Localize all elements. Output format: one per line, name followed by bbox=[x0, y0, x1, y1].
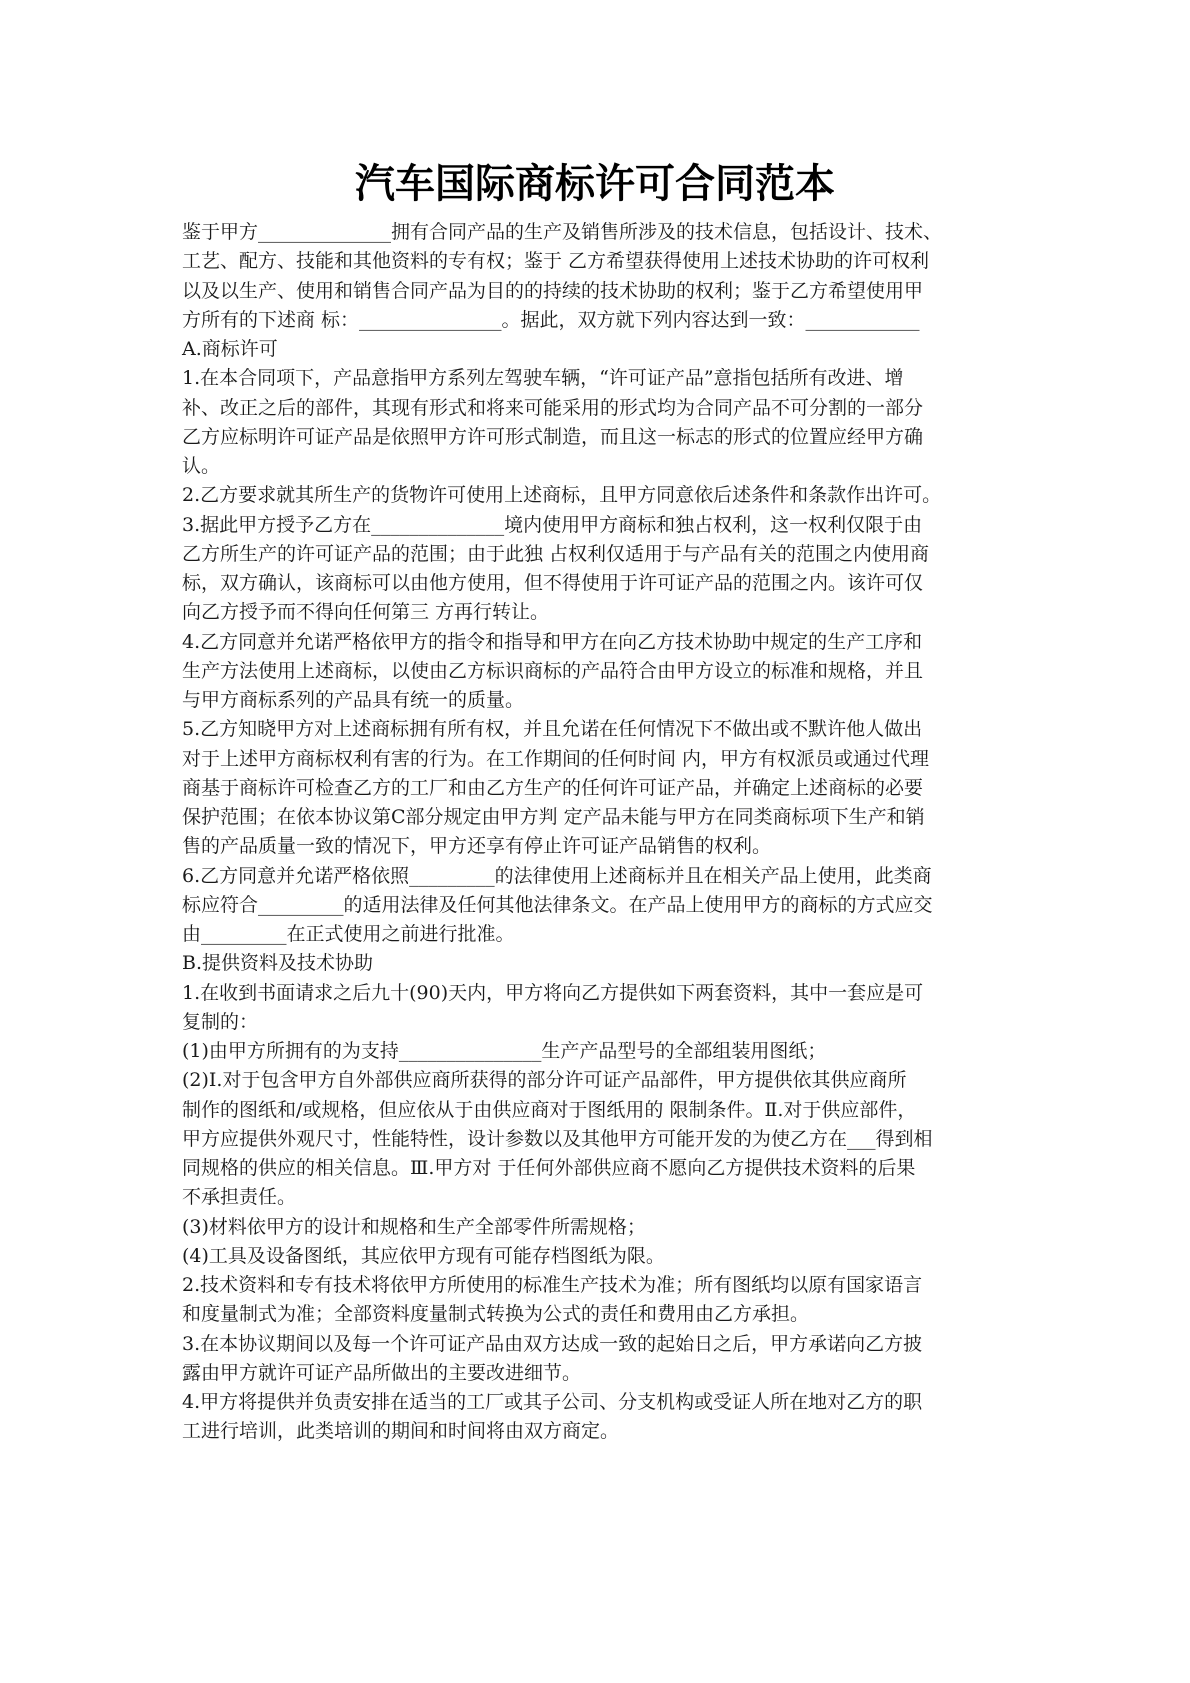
clause-a5-line-4: 保护范围；在依本协议第C部分规定由甲方判 定产品未能与甲方在同类商标项下生产和销 bbox=[182, 803, 1020, 832]
clause-b1-item-1: (1)由甲方所拥有的为支持_______________生产产品型号的全部组装用… bbox=[182, 1037, 1020, 1066]
section-heading-a: A.商标许可 bbox=[182, 335, 1020, 364]
clause-b1-item-2-line-2: 制作的图纸和/或规格，但应依从于由供应商对于图纸用的 限制条件。Ⅱ.对于供应部件… bbox=[182, 1096, 1020, 1125]
section-heading-b: B.提供资料及技术协助 bbox=[182, 949, 1020, 978]
clause-b2-line-2: 和度量制式为准；全部资料度量制式转换为公式的责任和费用由乙方承担。 bbox=[182, 1300, 1020, 1329]
clause-b1-line-1: 1.在收到书面请求之后九十(90)天内，甲方将向乙方提供如下两套资料，其中一套应… bbox=[182, 979, 1020, 1008]
clause-a1-line-1: 1.在本合同项下，产品意指甲方系列左驾驶车辆，“许可证产品”意指包括所有改进、增 bbox=[182, 364, 1020, 393]
document-page: 汽车国际商标许可合同范本 鉴于甲方______________拥有合同产品的生产… bbox=[0, 0, 1190, 1683]
intro-line-3: 以及以生产、使用和销售合同产品为目的的持续的技术协助的权利；鉴于乙方希望使用甲 bbox=[182, 277, 1020, 306]
clause-a2-line-1: 2.乙方要求就其所生产的货物许可使用上述商标，且甲方同意依后述条件和条款作出许可… bbox=[182, 481, 1020, 510]
clause-a5-line-5: 售的产品质量一致的情况下，甲方还享有停止许可证产品销售的权利。 bbox=[182, 832, 1020, 861]
clause-a6-line-2: 标应符合_________的适用法律及任何其他法律条文。在产品上使用甲方的商标的… bbox=[182, 891, 1020, 920]
clause-a3-line-1: 3.据此甲方授予乙方在______________境内使用甲方商标和独占权利，这… bbox=[182, 511, 1020, 540]
clause-a1-line-3: 乙方应标明许可证产品是依照甲方许可形式制造，而且这一标志的形式的位置应经甲方确 bbox=[182, 423, 1020, 452]
clause-b1-item-4: (4)工具及设备图纸，其应依甲方现有可能存档图纸为限。 bbox=[182, 1242, 1020, 1271]
clause-a3-line-2: 乙方所生产的许可证产品的范围；由于此独 占权利仅适用于与产品有关的范围之内使用商 bbox=[182, 540, 1020, 569]
clause-a4-line-1: 4.乙方同意并允诺严格依甲方的指令和指导和甲方在向乙方技术协助中规定的生产工序和 bbox=[182, 628, 1020, 657]
document-title: 汽车国际商标许可合同范本 bbox=[0, 160, 1190, 208]
clause-b3-line-1: 3.在本协议期间以及每一个许可证产品由双方达成一致的起始日之后，甲方承诺向乙方披 bbox=[182, 1330, 1020, 1359]
clause-a4-line-2: 生产方法使用上述商标，以使由乙方标识商标的产品符合由甲方设立的标准和规格，并且 bbox=[182, 657, 1020, 686]
clause-a3-line-3: 标，双方确认，该商标可以由他方使用，但不得使用于许可证产品的范围之内。该许可仅 bbox=[182, 569, 1020, 598]
clause-b1-item-2-line-1: (2)Ⅰ.对于包含甲方自外部供应商所获得的部分许可证产品部件，甲方提供依其供应商… bbox=[182, 1066, 1020, 1095]
clause-a1-line-4: 认。 bbox=[182, 452, 1020, 481]
clause-a1-line-2: 补、改正之后的部件，其现有形式和将来可能采用的形式均为合同产品不可分割的一部分 bbox=[182, 394, 1020, 423]
document-body: 鉴于甲方______________拥有合同产品的生产及销售所涉及的技术信息，包… bbox=[182, 218, 1020, 1447]
clause-a6-line-1: 6.乙方同意并允诺严格依照_________的法律使用上述商标并且在相关产品上使… bbox=[182, 862, 1020, 891]
intro-line-1: 鉴于甲方______________拥有合同产品的生产及销售所涉及的技术信息，包… bbox=[182, 218, 1020, 247]
clause-a6-line-3: 由_________在正式使用之前进行批准。 bbox=[182, 920, 1020, 949]
intro-line-4: 方所有的下述商 标：_______________。据此，双方就下列内容达到一致… bbox=[182, 306, 1020, 335]
clause-b4-line-2: 工进行培训，此类培训的期间和时间将由双方商定。 bbox=[182, 1417, 1020, 1446]
clause-b1-item-2-line-5: 不承担责任。 bbox=[182, 1183, 1020, 1212]
clause-a4-line-3: 与甲方商标系列的产品具有统一的质量。 bbox=[182, 686, 1020, 715]
clause-b3-line-2: 露由甲方就许可证产品所做出的主要改进细节。 bbox=[182, 1359, 1020, 1388]
clause-b4-line-1: 4.甲方将提供并负责安排在适当的工厂或其子公司、分支机构或受证人所在地对乙方的职 bbox=[182, 1388, 1020, 1417]
intro-line-2: 工艺、配方、技能和其他资料的专有权；鉴于 乙方希望获得使用上述技术协助的许可权利 bbox=[182, 247, 1020, 276]
clause-b1-item-2-line-3: 甲方应提供外观尺寸，性能特性，设计参数以及其他甲方可能开发的为使乙方在___得到… bbox=[182, 1125, 1020, 1154]
clause-b1-line-2: 复制的： bbox=[182, 1008, 1020, 1037]
clause-a5-line-3: 商基于商标许可检查乙方的工厂和由乙方生产的任何许可证产品，并确定上述商标的必要 bbox=[182, 774, 1020, 803]
clause-b1-item-2-line-4: 同规格的供应的相关信息。Ⅲ.甲方对 于任何外部供应商不愿向乙方提供技术资料的后果 bbox=[182, 1154, 1020, 1183]
clause-a5-line-2: 对于上述甲方商标权利有害的行为。在工作期间的任何时间 内，甲方有权派员或通过代理 bbox=[182, 745, 1020, 774]
clause-b2-line-1: 2.技术资料和专有技术将依甲方所使用的标准生产技术为准；所有图纸均以原有国家语言 bbox=[182, 1271, 1020, 1300]
clause-a3-line-4: 向乙方授予而不得向任何第三 方再行转让。 bbox=[182, 598, 1020, 627]
clause-a5-line-1: 5.乙方知晓甲方对上述商标拥有所有权，并且允诺在任何情况下不做出或不默许他人做出 bbox=[182, 715, 1020, 744]
clause-b1-item-3: (3)材料依甲方的设计和规格和生产全部零件所需规格； bbox=[182, 1213, 1020, 1242]
